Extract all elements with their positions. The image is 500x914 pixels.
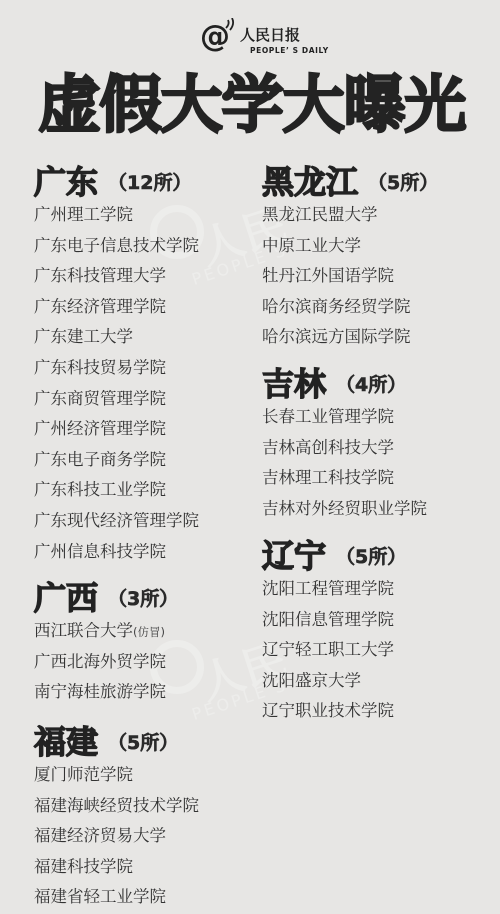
- section-heilongjiang: 黑龙江 （5所） 黑龙江民盟大学 中原工业大学 牡丹江外国语学院 哈尔滨商务经贸…: [262, 160, 438, 353]
- list-item: 哈尔滨远方国际学院: [262, 322, 438, 353]
- list-item: 中原工业大学: [262, 231, 438, 262]
- list-item: 沈阳信息管理学院: [262, 605, 406, 636]
- list-item: 沈阳盛京大学: [262, 666, 406, 697]
- list-item: 吉林对外经贸职业学院: [262, 494, 427, 525]
- list-item: 广东电子信息技术学院: [34, 231, 199, 262]
- list-item: 福建海峡经贸技术学院: [34, 791, 199, 822]
- list-item: 长春工业管理学院: [262, 402, 427, 433]
- list-item: 沈阳工程管理学院: [262, 574, 406, 605]
- list-item: 广州经济管理学院: [34, 414, 199, 445]
- list-item: 广州理工学院: [34, 200, 199, 231]
- list-item: 牡丹江外国语学院: [262, 261, 438, 292]
- signal-waves-icon: [224, 18, 238, 32]
- school-count: （4所）: [336, 371, 406, 399]
- school-list: 西江联合大学(仿冒) 广西北海外贸学院 南宁海桂旅游学院: [34, 616, 178, 708]
- section-header: 福建 （5所）: [34, 720, 199, 760]
- section-liaoning: 辽宁 （5所） 沈阳工程管理学院 沈阳信息管理学院 辽宁轻工职工大学 沈阳盛京大…: [262, 534, 406, 727]
- list-item: 广东经济管理学院: [34, 292, 199, 323]
- section-guangxi: 广西 （3所） 西江联合大学(仿冒) 广西北海外贸学院 南宁海桂旅游学院: [34, 576, 178, 708]
- school-count: （5所）: [336, 543, 406, 571]
- list-item: 吉林理工科技学院: [262, 463, 427, 494]
- school-list: 长春工业管理学院 吉林高创科技大学 吉林理工科技学院 吉林对外经贸职业学院: [262, 402, 427, 524]
- school-count: （12所）: [108, 169, 191, 197]
- list-item: 广东科技贸易学院: [34, 353, 199, 384]
- list-item: 哈尔滨商务经贸学院: [262, 292, 438, 323]
- section-fujian: 福建 （5所） 厦门师范学院 福建海峡经贸技术学院 福建经济贸易大学 福建科技学…: [34, 720, 199, 913]
- list-item: 福建省轻工业学院: [34, 882, 199, 913]
- logo-chinese-name: 人民日报: [240, 26, 300, 44]
- list-item: 广东科技管理大学: [34, 261, 199, 292]
- school-count: （5所）: [108, 729, 178, 757]
- province-name: 吉林: [262, 366, 326, 402]
- school-count: （3所）: [108, 585, 178, 613]
- section-jilin: 吉林 （4所） 长春工业管理学院 吉林高创科技大学 吉林理工科技学院 吉林对外经…: [262, 362, 427, 524]
- list-item: 广东建工大学: [34, 322, 199, 353]
- province-name: 福建: [34, 724, 98, 760]
- section-guangdong: 广东 （12所） 广州理工学院 广东电子信息技术学院 广东科技管理大学 广东经济…: [34, 160, 199, 567]
- list-item: 福建科技学院: [34, 852, 199, 883]
- list-item: 黑龙江民盟大学: [262, 200, 438, 231]
- section-header: 广西 （3所）: [34, 576, 178, 616]
- list-item: 吉林高创科技大学: [262, 433, 427, 464]
- counterfeit-note: (仿冒): [133, 625, 165, 639]
- list-item: 辽宁轻工职工大学: [262, 635, 406, 666]
- province-name: 广西: [34, 580, 98, 616]
- list-item: 广东电子商务学院: [34, 445, 199, 476]
- school-list: 黑龙江民盟大学 中原工业大学 牡丹江外国语学院 哈尔滨商务经贸学院 哈尔滨远方国…: [262, 200, 438, 353]
- list-item: 厦门师范学院: [34, 760, 199, 791]
- section-header: 黑龙江 （5所）: [262, 160, 438, 200]
- school-list: 沈阳工程管理学院 沈阳信息管理学院 辽宁轻工职工大学 沈阳盛京大学 辽宁职业技术…: [262, 574, 406, 727]
- section-header: 辽宁 （5所）: [262, 534, 406, 574]
- list-item: 西江联合大学(仿冒): [34, 616, 178, 647]
- school-list: 厦门师范学院 福建海峡经贸技术学院 福建经济贸易大学 福建科技学院 福建省轻工业…: [34, 760, 199, 913]
- province-name: 辽宁: [262, 538, 326, 574]
- logo-english-name: PEOPLE’ S DAILY: [250, 46, 329, 56]
- list-item: 广东科技工业学院: [34, 475, 199, 506]
- school-count: （5所）: [368, 169, 438, 197]
- school-list: 广州理工学院 广东电子信息技术学院 广东科技管理大学 广东经济管理学院 广东建工…: [34, 200, 199, 567]
- section-header: 广东 （12所）: [34, 160, 199, 200]
- list-item: 广西北海外贸学院: [34, 647, 178, 678]
- province-name: 黑龙江: [262, 164, 358, 200]
- list-item: 南宁海桂旅游学院: [34, 677, 178, 708]
- province-name: 广东: [34, 164, 98, 200]
- section-header: 吉林 （4所）: [262, 362, 427, 402]
- list-item: 广东现代经济管理学院: [34, 506, 199, 537]
- list-item: 辽宁职业技术学院: [262, 696, 406, 727]
- list-item: 广州信息科技学院: [34, 537, 199, 568]
- list-item: 福建经济贸易大学: [34, 821, 199, 852]
- list-item: 广东商贸管理学院: [34, 384, 199, 415]
- page-title: 虚假大学大曝光: [24, 68, 480, 142]
- school-name: 西江联合大学: [34, 621, 133, 640]
- people-daily-logo: @ 人民日报 PEOPLE’ S DAILY: [200, 18, 320, 60]
